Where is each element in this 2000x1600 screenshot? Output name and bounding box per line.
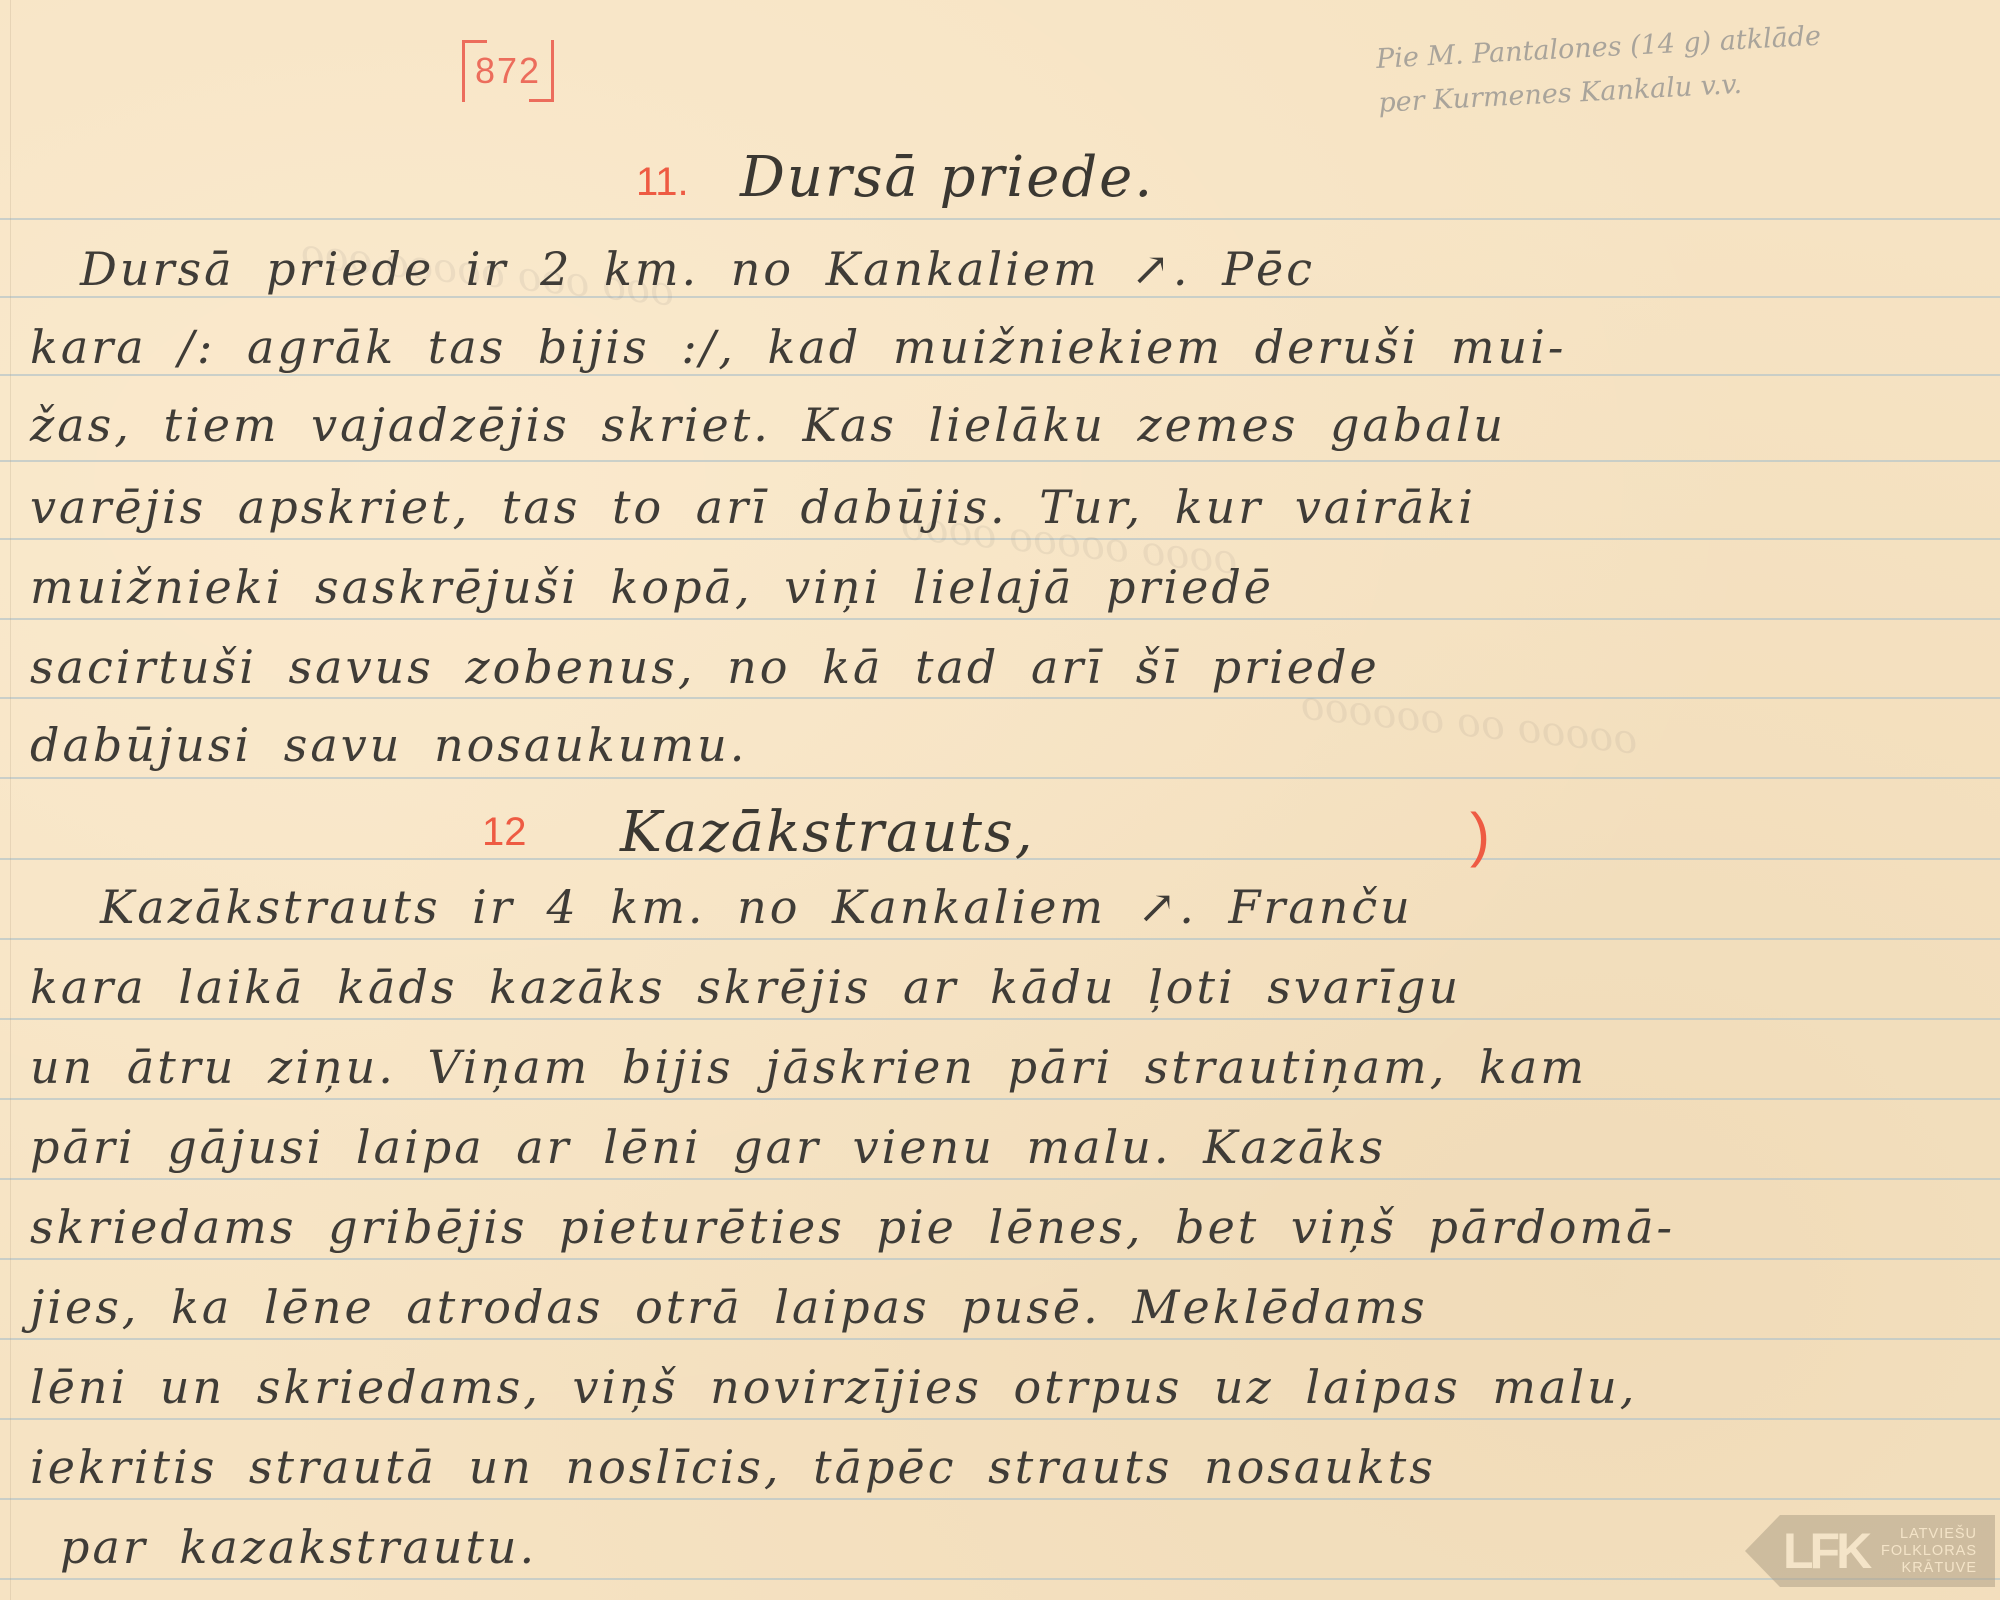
- text-line: pāri gājusi laipa ar lēni gar vienu malu…: [30, 1120, 1970, 1174]
- section-title: Kazākstrauts,: [620, 800, 1035, 865]
- text-line: dabūjusi savu nosaukumu.: [30, 718, 1970, 772]
- text-line: skriedams gribējis pieturēties pie lēnes…: [30, 1200, 1970, 1254]
- red-bracket-mark: ): [1470, 800, 1490, 869]
- text-line: par kazakstrautu.: [60, 1520, 1970, 1574]
- section-number: 12: [482, 810, 527, 855]
- lfk-logo-icon: LFK: [1783, 1522, 1873, 1580]
- text-line: varējis apskriet, tas to arī dabūjis. Tu…: [30, 480, 1970, 534]
- text-line: Dursā priede ir 2 km. no Kankaliem ↗. Pē…: [80, 242, 1970, 296]
- ruled-line: [0, 296, 2000, 298]
- pencil-annotation: Pie M. Pantalones (14 g) atklāde per Kur…: [1375, 7, 1979, 126]
- ruled-line: [0, 1418, 2000, 1420]
- text-line: iekritis strautā un noslīcis, tāpēc stra…: [30, 1440, 1970, 1494]
- ruled-line: [0, 697, 2000, 699]
- text-line: jies, ka lēne atrodas otrā laipas pusē. …: [30, 1280, 1970, 1334]
- ruled-line: [0, 1098, 2000, 1100]
- page-edge: [10, 0, 11, 1600]
- text-line: kara /: agrāk tas bijis :/, kad muižniek…: [30, 320, 1970, 374]
- ruled-line: [0, 1178, 2000, 1180]
- ruled-line: [0, 1258, 2000, 1260]
- manuscript-page: ooo ooo ooooo ooo oooo ooooo oooo ooooo …: [0, 0, 2000, 1600]
- ruled-line: [0, 1578, 2000, 1580]
- text-line: žas, tiem vajadzējis skriet. Kas lielāku…: [30, 398, 1970, 452]
- ruled-line: [0, 460, 2000, 462]
- ruled-line: [0, 1018, 2000, 1020]
- archive-number: 872: [462, 40, 554, 102]
- section-title: Dursā priede.: [740, 145, 1154, 210]
- ruled-line: [0, 1338, 2000, 1340]
- logo-text-line: LATVIEŠU: [1881, 1526, 1977, 1543]
- ruled-line: [0, 777, 2000, 779]
- logo-text: LATVIEŠU FOLKLORAS KRĀTUVE: [1881, 1526, 1977, 1577]
- section-number: 11.: [636, 160, 689, 205]
- text-line: un ātru ziņu. Viņam bijis jāskrien pāri …: [30, 1040, 1970, 1094]
- text-line: lēni un skriedams, viņš novirzījies otrp…: [30, 1360, 1970, 1414]
- text-line: kara laikā kāds kazāks skrējis ar kādu ļ…: [30, 960, 1970, 1014]
- logo-text-line: FOLKLORAS: [1881, 1543, 1977, 1560]
- text-line: Kazākstrauts ir 4 km. no Kankaliem ↗. Fr…: [100, 880, 1970, 934]
- text-line: muižnieki saskrējuši kopā, viņi lielajā …: [30, 560, 1970, 614]
- ruled-line: [0, 938, 2000, 940]
- ruled-line: [0, 618, 2000, 620]
- ruled-line: [0, 218, 2000, 220]
- archive-watermark-logo: LFK LATVIEŠU FOLKLORAS KRĀTUVE: [1745, 1515, 1995, 1587]
- logo-text-line: KRĀTUVE: [1881, 1560, 1977, 1577]
- ruled-line: [0, 374, 2000, 376]
- text-line: sacirtuši savus zobenus, no kā tad arī š…: [30, 640, 1970, 694]
- ruled-line: [0, 1498, 2000, 1500]
